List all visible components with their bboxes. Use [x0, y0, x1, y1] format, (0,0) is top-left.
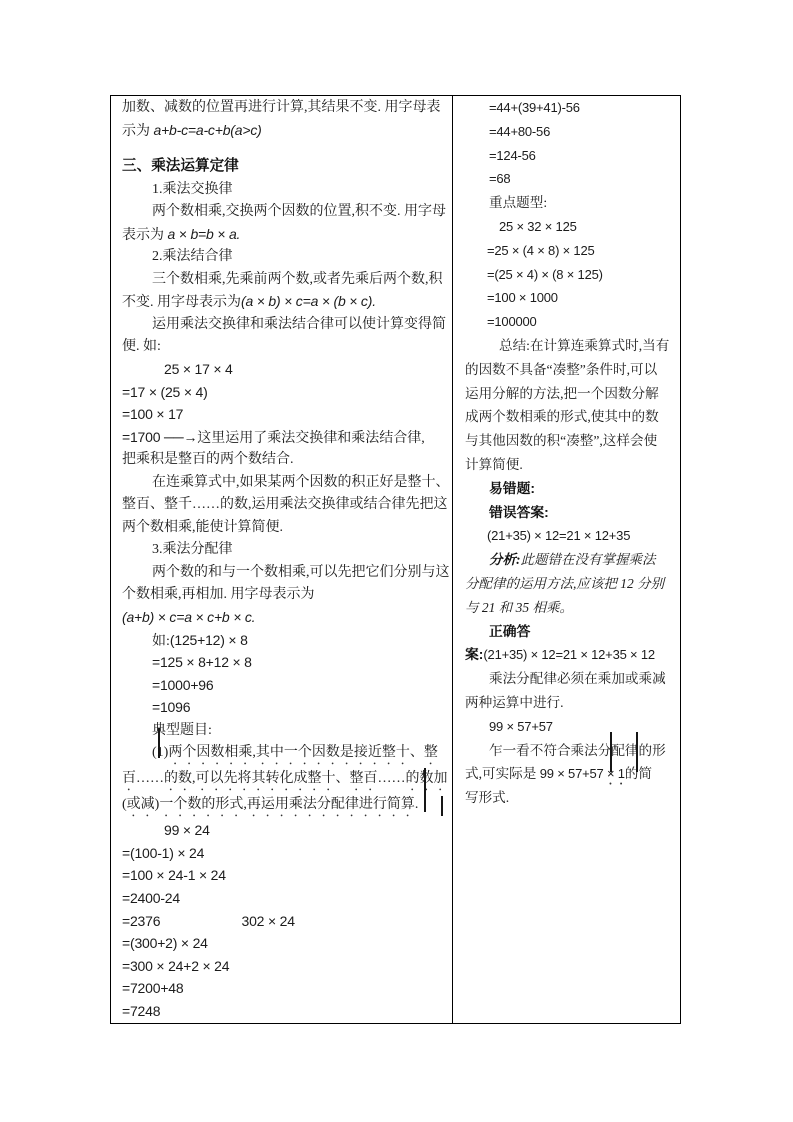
text-line: 与其他因数的积“凑整”,这样会使 [465, 429, 680, 453]
text-line: (a+b) × c=a × c+b × c. [122, 606, 452, 629]
text-segment: 3.乘法分配律 [152, 542, 233, 557]
text-line: 99 × 24 [122, 819, 452, 842]
text-segment: =1096 [152, 699, 190, 715]
text-line: 99 × 57+57 [465, 715, 680, 739]
text-segment: (125+12) × 8 [170, 632, 248, 648]
text-line: 3.乘法分配律 [122, 538, 452, 561]
text-line: =44+80-56 [465, 120, 680, 144]
text-line: 如:(125+12) × 8 [122, 629, 452, 652]
text-line: 25 × 17 × 4 [122, 358, 452, 381]
text-line: =124-56 [465, 144, 680, 168]
text-line: 两个数相乘,能使计算简便. [122, 516, 452, 539]
text-line: =68 [465, 167, 680, 191]
text-segment: 示为 [122, 124, 154, 139]
text-segment: 两种运算中进行. [465, 695, 564, 710]
text-segment: (21+35) × 12=21 × 12+35 [487, 528, 630, 543]
text-segment: 99 × 24 [164, 822, 210, 838]
text-segment: =44+(39+41)-56 [489, 100, 580, 115]
text-segment: 99 × 57+57 [540, 766, 604, 781]
document-page: 加数、减数的位置再进行计算,其结果不变. 用字母表示为 a+b-c=a-c+b(… [0, 0, 793, 1122]
text-line: 易错题: [465, 477, 680, 501]
text-segment: (或减)一个数的形式,再运用乘法分配律进行简算. [122, 797, 418, 812]
text-line: 乘法分配律必须在乘加或乘减 [465, 667, 680, 691]
text-line: 25 × 32 × 125 [465, 215, 680, 239]
text-segment: =7200+48 [122, 980, 183, 996]
text-line: =2400-24 [122, 887, 452, 910]
text-line: 示为 a+b-c=a-c+b(a>c) [122, 119, 452, 142]
text-line: =100000 [465, 310, 680, 334]
text-segment: 99 × 57+57 [489, 719, 553, 734]
text-line: (1)两个因数相乘,其中一个因数是接近整十、整 [122, 741, 452, 767]
text-segment: =(300+2) × 24 [122, 935, 208, 951]
text-line: =1700 ──→这里运用了乘法交换律和乘法结合律, [122, 426, 452, 449]
text-line: =25 × (4 × 8) × 125 [465, 239, 680, 263]
text-segment: 重点题型: [489, 195, 547, 210]
text-line: =100 × 24-1 × 24 [122, 864, 452, 887]
text-line: 式,可实际是 99 × 57+57 × 1的简 [465, 762, 680, 786]
text-segment: 个数相乘,再相加. 用字母表示为 [122, 587, 315, 602]
text-segment: 乍一看不符合乘法分配律的形 [489, 743, 666, 758]
text-segment: 式,可实际是 [465, 766, 540, 781]
text-line: 的因数不具备“凑整”条件时,可以 [465, 358, 680, 382]
text-line: =125 × 8+12 × 8 [122, 651, 452, 674]
text-segment: 两个数相乘,能使计算简便. [122, 520, 283, 535]
text-line: =300 × 24+2 × 24 [122, 955, 452, 978]
text-segment: 与 21 和 35 相乘。 [465, 600, 573, 615]
text-segment: 典型题目: [152, 723, 212, 738]
text-segment: =2376 302 × 24 [122, 913, 295, 929]
text-segment: 乘法分配律必须在乘加或乘减 [489, 671, 666, 686]
text-segment: 不变. 用字母表示为 [122, 295, 241, 310]
text-segment: 正确答 [489, 624, 530, 639]
text-segment: 成两个数相乘的形式,使其中的数 [465, 409, 659, 424]
text-line: =(300+2) × 24 [122, 932, 452, 955]
proofread-mark [636, 732, 638, 772]
text-segment: 25 × 17 × 4 [164, 361, 233, 377]
text-segment: =7248 [122, 1003, 160, 1019]
left-column: 加数、减数的位置再进行计算,其结果不变. 用字母表示为 a+b-c=a-c+b(… [111, 96, 453, 1023]
text-line: 个数相乘,再相加. 用字母表示为 [122, 583, 452, 606]
text-segment: =300 × 24+2 × 24 [122, 958, 229, 974]
text-segment: 把乘积是整百的两个数结合. [122, 452, 294, 467]
text-segment: (a+b) × c=a × c+b × c. [122, 609, 255, 625]
text-line: 百……的数,可以先将其转化成整十、整百……的数加 [122, 767, 452, 793]
text-segment: 分配律的运用方法,应该把 12 分别 [465, 576, 664, 591]
text-segment: × 1 [604, 766, 625, 781]
text-segment: 分析: [489, 552, 521, 567]
text-line: 两个数相乘,交换两个因数的位置,积不变. 用字母 [122, 200, 452, 223]
text-segment: 三个数相乘,先乘前两个数,或者先乘后两个数,积 [152, 272, 443, 287]
text-segment: 三、乘法运算定律 [122, 158, 239, 174]
text-line: 两个数的和与一个数相乘,可以先把它们分别与这 [122, 561, 452, 584]
text-line: 典型题目: [122, 719, 452, 742]
text-segment: =44+80-56 [489, 124, 550, 139]
text-segment: 的因数不具备“凑整”条件时,可以 [465, 362, 657, 377]
proofread-mark [158, 728, 160, 758]
text-line: 总结:在计算连乘算式时,当有 [465, 334, 680, 358]
text-segment: =17 × (25 × 4) [122, 384, 208, 400]
text-line: =100 × 1000 [465, 286, 680, 310]
text-segment: (21+35) × 12=21 × 12+35 × 12 [483, 647, 655, 662]
text-segment: =(100-1) × 24 [122, 845, 204, 861]
text-segment: =25 × (4 × 8) × 125 [487, 243, 595, 258]
text-segment: 运用乘法交换律和乘法结合律可以使计算变得简 [152, 317, 446, 332]
text-segment: 两个数相乘,交换两个因数的位置,积不变. 用字母 [152, 204, 446, 219]
text-line: =100 × 17 [122, 403, 452, 426]
text-line: 重点题型: [465, 191, 680, 215]
text-line: =7248 [122, 1000, 452, 1023]
text-segment: 计算简便. [465, 457, 523, 472]
text-segment: 百……的数,可以先将其转化成整十、整百……的数加 [122, 771, 448, 786]
text-segment: =124-56 [489, 148, 536, 163]
text-segment: 写形式. [465, 790, 509, 805]
text-segment: 加数、减数的位置再进行计算,其结果不变. 用字母表 [122, 100, 441, 115]
text-line [122, 141, 452, 155]
text-line: 表示为 a × b=b × a. [122, 223, 452, 246]
proofread-mark [424, 768, 426, 812]
text-segment: =1000+96 [152, 677, 213, 693]
text-segment: 这里运用了乘法交换律和乘法结合律, [197, 431, 425, 446]
text-segment: 2.乘法结合律 [152, 249, 233, 264]
text-line: 分析:此题错在没有掌握乘法 [465, 548, 680, 572]
text-line: 写形式. [465, 786, 680, 810]
text-segment: 与其他因数的积“凑整”,这样会使 [465, 433, 657, 448]
text-segment: (1) [152, 745, 168, 760]
text-line: 便. 如: [122, 335, 452, 358]
text-line: 整百、整千……的数,运用乘法交换律或结合律先把这 [122, 493, 452, 516]
text-line: =2376 302 × 24 [122, 910, 452, 933]
text-segment: =100 × 17 [122, 406, 183, 422]
right-column: =44+(39+41)-56=44+80-56=124-56=68重点题型:25… [454, 96, 680, 1023]
text-line: 错误答案: [465, 501, 680, 525]
text-line: =17 × (25 × 4) [122, 381, 452, 404]
text-segment: 如: [152, 634, 170, 649]
text-line: 运用乘法交换律和乘法结合律可以使计算变得简 [122, 313, 452, 336]
text-segment: =100 × 24-1 × 24 [122, 867, 226, 883]
text-segment: 两个数的和与一个数相乘,可以先把它们分别与这 [152, 565, 450, 580]
text-line: (21+35) × 12=21 × 12+35 [465, 524, 680, 548]
text-line: 1.乘法交换律 [122, 178, 452, 201]
text-segment: =2400-24 [122, 890, 180, 906]
text-line: 2.乘法结合律 [122, 245, 452, 268]
text-line: =(100-1) × 24 [122, 842, 452, 865]
text-segment: =1700 ──→ [122, 429, 197, 445]
text-segment: =100 × 1000 [487, 290, 558, 305]
text-line: (或减)一个数的形式,再运用乘法分配律进行简算. [122, 793, 452, 819]
text-line: 成两个数相乘的形式,使其中的数 [465, 405, 680, 429]
proofread-mark [441, 796, 443, 816]
text-segment: 两个因数相乘,其中一个因数是接近整十、整 [168, 745, 438, 760]
text-segment: 便. 如: [122, 339, 161, 354]
text-segment: =68 [489, 171, 510, 186]
content-table: 加数、减数的位置再进行计算,其结果不变. 用字母表示为 a+b-c=a-c+b(… [110, 95, 681, 1024]
text-line: 运用分解的方法,把一个因数分解 [465, 382, 680, 406]
text-segment: (a × b) × c=a × (b × c). [241, 293, 376, 309]
text-line: 不变. 用字母表示为(a × b) × c=a × (b × c). [122, 290, 452, 313]
text-segment: =125 × 8+12 × 8 [152, 654, 252, 670]
text-line: =1096 [122, 696, 452, 719]
text-segment: 表示为 [122, 228, 168, 243]
text-segment: 1.乘法交换律 [152, 182, 233, 197]
text-line: 正确答 [465, 620, 680, 644]
text-line: 加数、减数的位置再进行计算,其结果不变. 用字母表 [122, 96, 452, 119]
text-line: =7200+48 [122, 977, 452, 1000]
text-segment: =(25 × 4) × (8 × 125) [487, 267, 603, 282]
proofread-mark [610, 732, 612, 772]
text-line: 三个数相乘,先乘前两个数,或者先乘后两个数,积 [122, 268, 452, 291]
text-line: =(25 × 4) × (8 × 125) [465, 263, 680, 287]
text-line: =44+(39+41)-56 [465, 96, 680, 120]
text-segment: 案: [465, 647, 483, 662]
text-segment: 错误答案: [489, 505, 549, 520]
text-line: 两种运算中进行. [465, 691, 680, 715]
text-segment: a × b=b × a. [168, 226, 241, 242]
text-line: 分配律的运用方法,应该把 12 分别 [465, 572, 680, 596]
text-segment: 的简 [625, 766, 652, 781]
text-segment: 25 × 32 × 125 [499, 219, 577, 234]
text-line: 三、乘法运算定律 [122, 155, 452, 178]
text-segment: 此题错在没有掌握乘法 [521, 552, 656, 567]
text-segment: 整百、整千……的数,运用乘法交换律或结合律先把这 [122, 497, 448, 512]
text-line: 计算简便. [465, 453, 680, 477]
text-line: 与 21 和 35 相乘。 [465, 596, 680, 620]
text-segment: =100000 [487, 314, 537, 329]
text-line: 把乘积是整百的两个数结合. [122, 448, 452, 471]
text-segment: 易错题: [489, 481, 535, 496]
text-line: 在连乘算式中,如果某两个因数的积正好是整十、 [122, 471, 452, 494]
text-segment: a+b-c=a-c+b(a>c) [154, 122, 262, 138]
text-segment: 运用分解的方法,把一个因数分解 [465, 386, 659, 401]
text-line: 乍一看不符合乘法分配律的形 [465, 739, 680, 763]
text-segment: 总结:在计算连乘算式时,当有 [499, 338, 669, 353]
text-line: 案:(21+35) × 12=21 × 12+35 × 12 [465, 643, 680, 667]
text-line: =1000+96 [122, 674, 452, 697]
text-segment: 在连乘算式中,如果某两个因数的积正好是整十、 [152, 475, 450, 490]
